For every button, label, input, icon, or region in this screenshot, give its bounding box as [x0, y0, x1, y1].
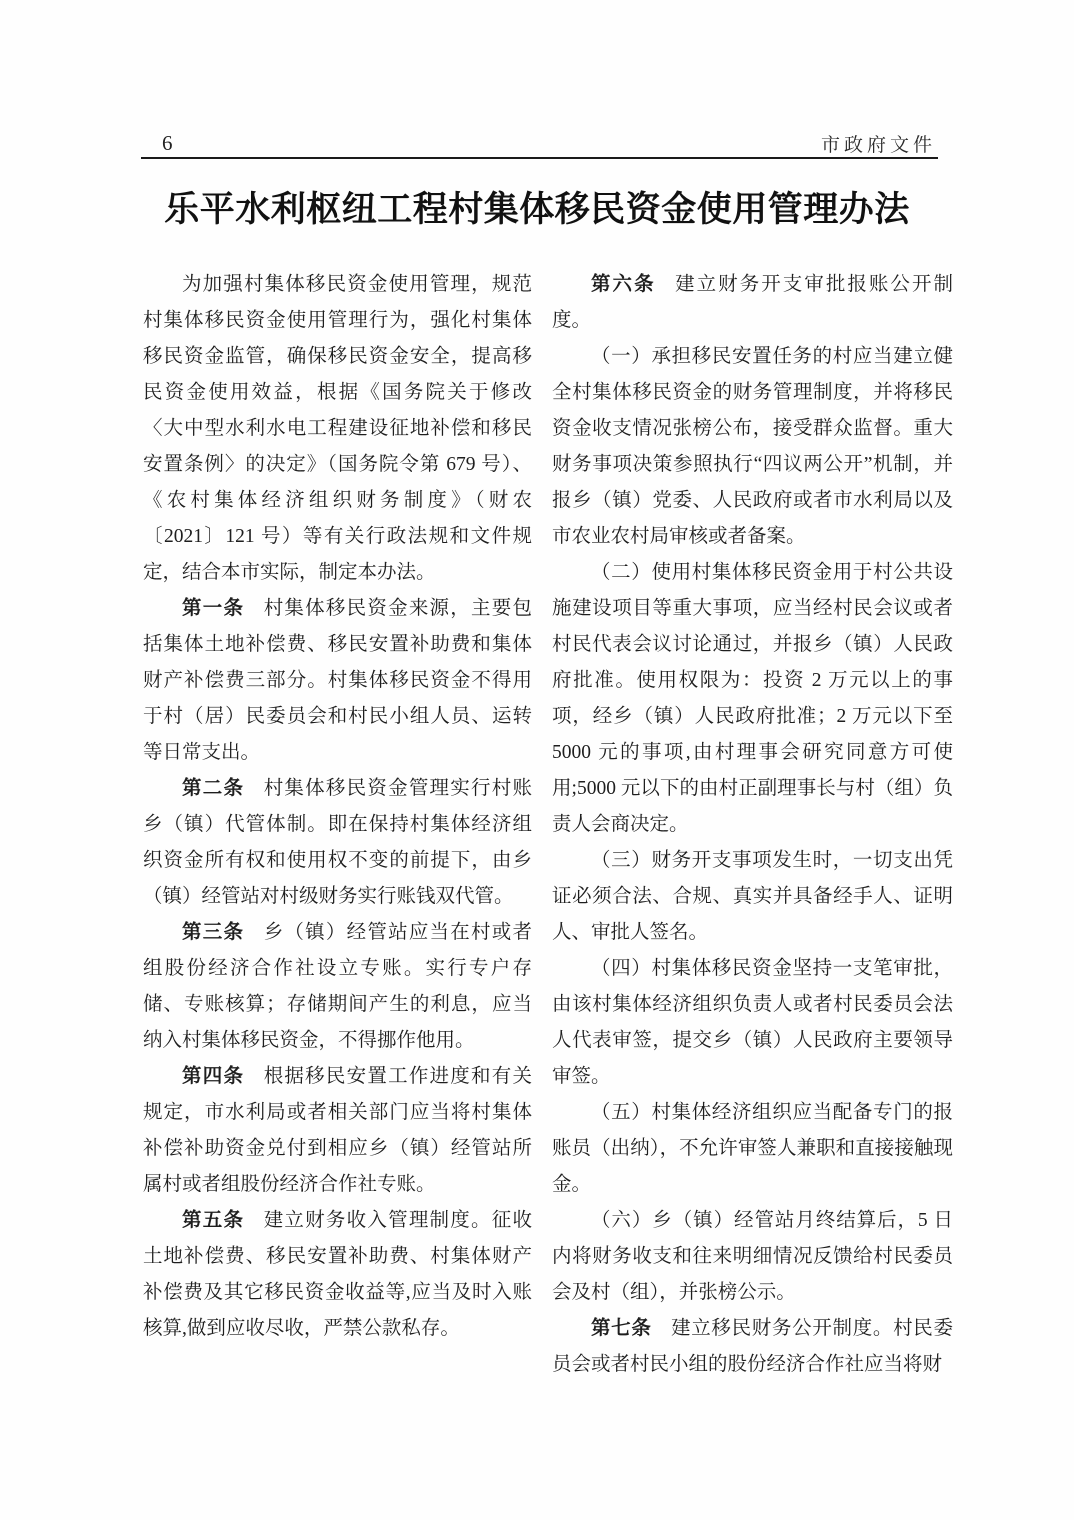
paragraph-text: （二）使用村集体移民资金用于村公共设施建设项目等重大事项，应当经村民会议或者村民… [552, 562, 953, 835]
article-lead: 第七条 [591, 1318, 652, 1339]
article-lead: 第六条 [591, 274, 656, 295]
paragraph-text: 为加强村集体移民资金使用管理，规范村集体移民资金使用管理行为，强化村集体移民资金… [143, 274, 532, 583]
header-rule [141, 157, 938, 159]
left-column: 为加强村集体移民资金使用管理，规范村集体移民资金使用管理行为，强化村集体移民资金… [143, 267, 532, 1347]
document-page: 6 市政府文件 乐平水利枢纽工程村集体移民资金使用管理办法 为加强村集体移民资金… [0, 0, 1074, 1520]
article-lead: 第一条 [182, 598, 244, 619]
article-lead: 第二条 [182, 778, 244, 799]
document-title: 乐平水利枢纽工程村集体移民资金使用管理办法 [60, 182, 1014, 232]
article-lead: 第四条 [182, 1066, 244, 1087]
paragraph: （三）财务开支事项发生时，一切支出凭证必须合法、合规、真实并具备经手人、证明人、… [552, 843, 953, 951]
page-number: 6 [162, 131, 173, 156]
paragraph-text: （四）村集体移民资金坚持一支笔审批，由该村集体经济组织负责人或者村民委员会法人代… [552, 958, 953, 1087]
paragraph: 为加强村集体移民资金使用管理，规范村集体移民资金使用管理行为，强化村集体移民资金… [143, 267, 532, 591]
paragraph: 第五条建立财务收入管理制度。征收土地补偿费、移民安置补助费、村集体财产补偿费及其… [143, 1203, 532, 1347]
paragraph-text: （一）承担移民安置任务的村应当建立健全村集体移民资金的财务管理制度，并将移民资金… [552, 346, 953, 547]
paragraph: 第七条建立移民财务公开制度。村民委员会或者村民小组的股份经济合作社应当将财 [552, 1311, 953, 1383]
paragraph: （六）乡（镇）经管站月终结算后，5 日内将财务收支和往来明细情况反馈给村民委员会… [552, 1203, 953, 1311]
paragraph: （一）承担移民安置任务的村应当建立健全村集体移民资金的财务管理制度，并将移民资金… [552, 339, 953, 555]
paragraph: （四）村集体移民资金坚持一支笔审批，由该村集体经济组织负责人或者村民委员会法人代… [552, 951, 953, 1095]
paragraph-text: 村集体移民资金来源，主要包括集体土地补偿费、移民安置补助费和集体财产补偿费三部分… [143, 598, 532, 763]
paragraph: （二）使用村集体移民资金用于村公共设施建设项目等重大事项，应当经村民会议或者村民… [552, 555, 953, 843]
paragraph-text: （五）村集体经济组织应当配备专门的报账员（出纳），不允许审签人兼职和直接接触现金… [552, 1102, 953, 1195]
header-doc-type: 市政府文件 [821, 130, 936, 157]
paragraph-text: （三）财务开支事项发生时，一切支出凭证必须合法、合规、真实并具备经手人、证明人、… [552, 850, 953, 943]
right-column: 第六条建立财务开支审批报账公开制度。（一）承担移民安置任务的村应当建立健全村集体… [552, 267, 953, 1383]
paragraph: 第三条乡（镇）经管站应当在村或者组股份经济合作社设立专账。实行专户存储、专账核算… [143, 915, 532, 1059]
article-lead: 第三条 [182, 922, 244, 943]
paragraph: 第四条根据移民安置工作进度和有关规定，市水利局或者相关部门应当将村集体补偿补助资… [143, 1059, 532, 1203]
paragraph: （五）村集体经济组织应当配备专门的报账员（出纳），不允许审签人兼职和直接接触现金… [552, 1095, 953, 1203]
paragraph-text: （六）乡（镇）经管站月终结算后，5 日内将财务收支和往来明细情况反馈给村民委员会… [552, 1210, 953, 1303]
article-lead: 第五条 [182, 1210, 244, 1231]
paragraph: 第六条建立财务开支审批报账公开制度。 [552, 267, 953, 339]
paragraph: 第一条村集体移民资金来源，主要包括集体土地补偿费、移民安置补助费和集体财产补偿费… [143, 591, 532, 771]
paragraph: 第二条村集体移民资金管理实行村账乡（镇）代管体制。即在保持村集体经济组织资金所有… [143, 771, 532, 915]
